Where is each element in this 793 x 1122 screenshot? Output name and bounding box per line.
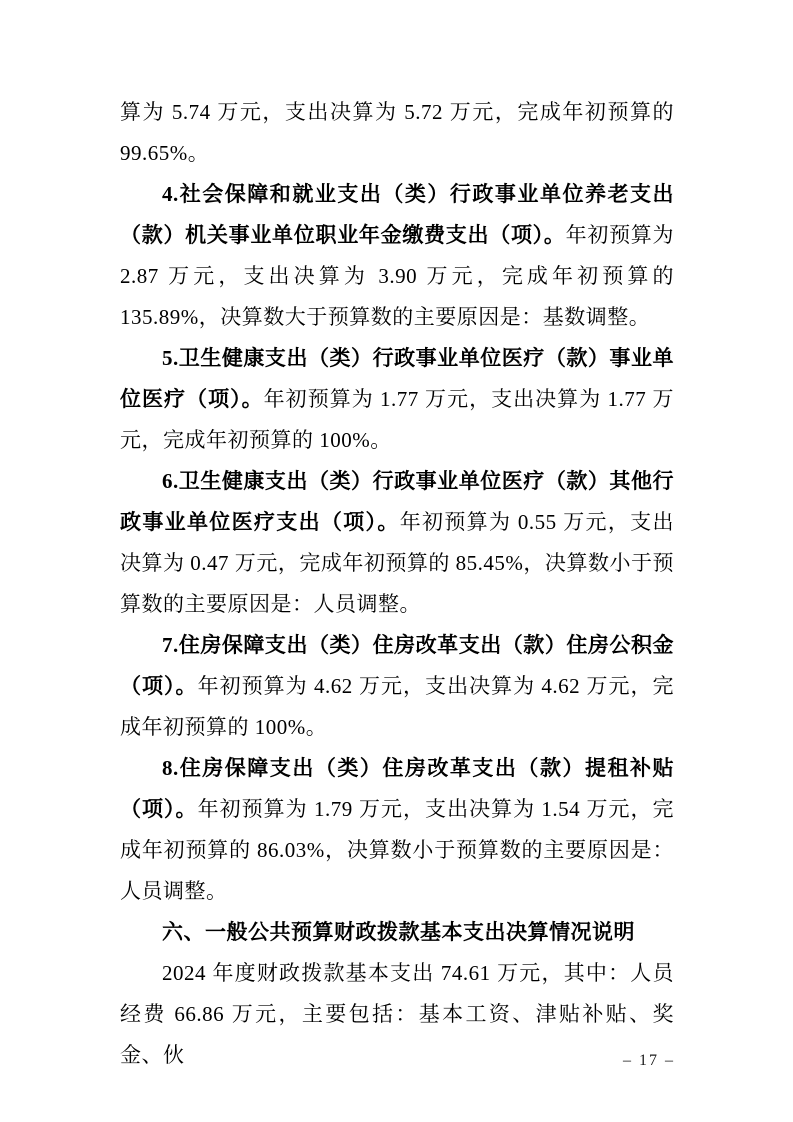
paragraph: 算为 5.74 万元，支出决算为 5.72 万元，完成年初预算的 99.65%。 — [120, 92, 674, 174]
paragraph: 6.卫生健康支出（类）行政事业单位医疗（款）其他行政事业单位医疗支出（项）。年初… — [120, 461, 674, 625]
paragraph: 7.住房保障支出（类）住房改革支出（款）住房公积金（项）。年初预算为 4.62 … — [120, 625, 674, 748]
document-content: 算为 5.74 万元，支出决算为 5.72 万元，完成年初预算的 99.65%。… — [120, 92, 674, 1076]
paragraph-body-text: 算为 5.74 万元，支出决算为 5.72 万元，完成年初预算的 99.65%。 — [120, 100, 674, 165]
section-heading: 六、一般公共预算财政拨款基本支出决算情况说明 — [120, 912, 674, 953]
paragraph: 8.住房保障支出（类）住房改革支出（款）提租补贴（项）。年初预算为 1.79 万… — [120, 748, 674, 912]
paragraph-body-text: 年初预算为 4.62 万元，支出决算为 4.62 万元，完成年初预算的 100%… — [120, 674, 674, 739]
paragraph-body-text: 年初预算为 1.79 万元，支出决算为 1.54 万元，完成年初预算的 86.0… — [120, 797, 674, 903]
paragraph: 5.卫生健康支出（类）行政事业单位医疗（款）事业单位医疗（项）。年初预算为 1.… — [120, 338, 674, 461]
document-page: 算为 5.74 万元，支出决算为 5.72 万元，完成年初预算的 99.65%。… — [0, 0, 793, 1122]
paragraph-lead-text: 六、一般公共预算财政拨款基本支出决算情况说明 — [162, 921, 635, 944]
paragraph: 4.社会保障和就业支出（类）行政事业单位养老支出（款）机关事业单位职业年金缴费支… — [120, 174, 674, 338]
page-number: – 17 – — [0, 1052, 675, 1070]
